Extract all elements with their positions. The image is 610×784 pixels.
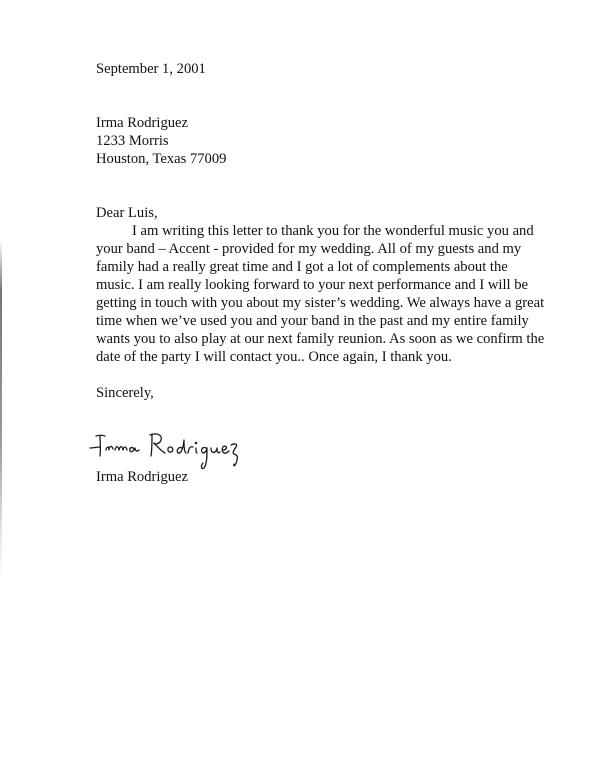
body-line: music. I am really looking forward to yo…	[96, 276, 536, 294]
salutation: Dear Luis,	[96, 204, 596, 222]
letter: September 1, 2001 Irma Rodriguez 1233 Mo…	[96, 60, 596, 486]
letter-body: I am writing this letter to thank you fo…	[96, 222, 536, 366]
body-line: your band – Accent - provided for my wed…	[96, 240, 536, 258]
body-line: date of the party I will contact you.. O…	[96, 348, 536, 366]
body-line: I am writing this letter to thank you fo…	[96, 222, 536, 240]
body-line: getting in touch with you about my siste…	[96, 294, 536, 312]
sender-name: Irma Rodriguez	[96, 114, 596, 132]
signature-scribble-icon	[88, 420, 268, 480]
sender-city-state-zip: Houston, Texas 77009	[96, 150, 596, 168]
closing: Sincerely,	[96, 384, 596, 402]
letter-date: September 1, 2001	[96, 60, 596, 78]
sender-street: 1233 Morris	[96, 132, 596, 150]
body-line: wants you to also play at our next famil…	[96, 330, 536, 348]
sender-address: Irma Rodriguez 1233 Morris Houston, Texa…	[96, 114, 596, 168]
handwritten-signature	[96, 432, 596, 472]
body-line: time when we’ve used you and your band i…	[96, 312, 536, 330]
scan-edge-artifact	[0, 240, 2, 580]
body-line: family had a really great time and I got…	[96, 258, 536, 276]
